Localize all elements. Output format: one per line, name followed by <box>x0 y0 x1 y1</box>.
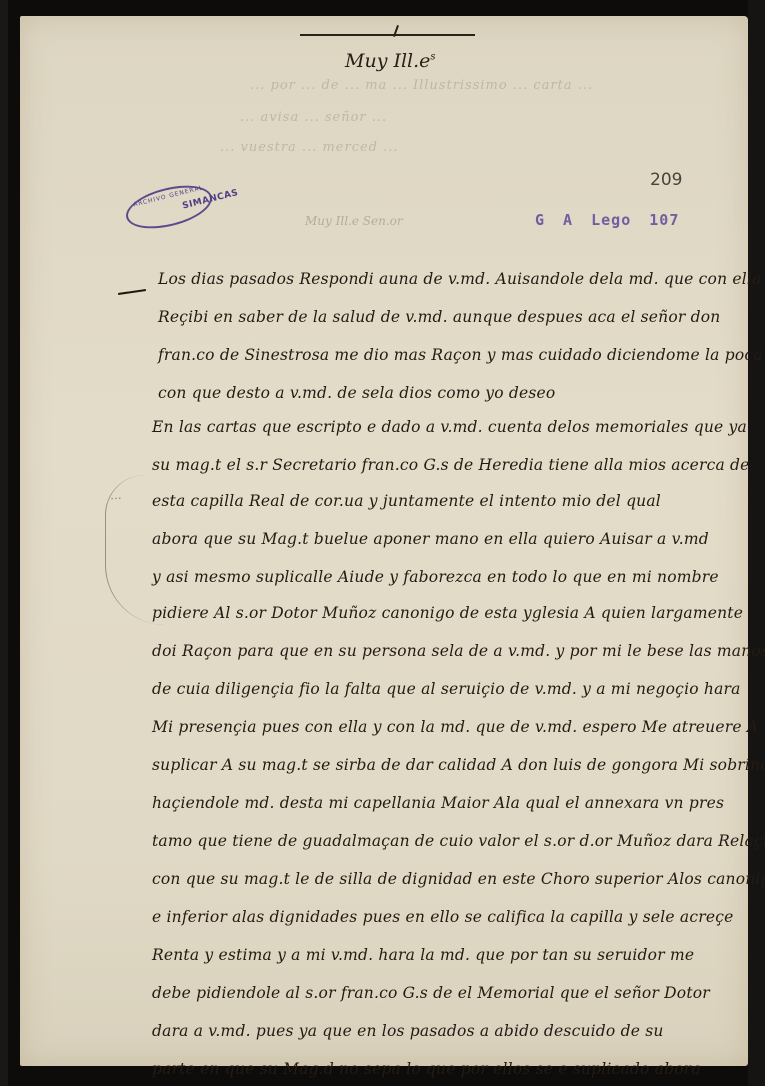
text-line: En las cartas que escripto e dado a v.md… <box>152 418 747 436</box>
faint-signature: Muy Ill.e Sen.or <box>305 214 403 228</box>
text-line: de cuia diligençia fio la falta que al s… <box>152 680 741 698</box>
text-line: esta capilla Real de cor.ua y juntamente… <box>152 492 661 510</box>
text-line: parte en que su Mag.d no sepa lo que por… <box>152 1060 701 1078</box>
text-line: Mi presençia pues con ella y con la md. … <box>152 718 758 736</box>
bleed-through-line: ... vuestra ... merced ... <box>220 140 399 155</box>
text-line: con que su mag.t le de silla de dignidad… <box>152 870 765 888</box>
text-line: Reçibi en saber de la salud de v.md. aun… <box>158 308 720 326</box>
text-line: Renta y estima y a mi v.md. hara la md. … <box>152 946 694 964</box>
text-line: con que desto a v.md. de sela dios como … <box>158 384 555 402</box>
text-line: haçiendole md. desta mi capellania Maior… <box>152 794 724 812</box>
scan-frame-right <box>748 0 765 1086</box>
text-line: doi Raçon para que en su persona sela de… <box>152 642 765 660</box>
text-line: abora que su Mag.t buelue aponer mano en… <box>152 530 709 548</box>
text-line: y asi mesmo suplicalle Aiude y faborezca… <box>152 568 719 586</box>
folio-number: 209 <box>650 170 682 190</box>
scan-frame-left <box>0 0 8 1086</box>
text-line: su mag.t el s.r Secretario fran.co G.s d… <box>152 456 750 474</box>
text-line: Los dias pasados Respondi auna de v.md. … <box>158 270 762 288</box>
archive-reference: G A Lego 107 <box>535 211 679 229</box>
bleed-through-line: ... avisa ... señor ... <box>240 110 387 125</box>
text-line: e inferior alas dignidades pues en ello … <box>152 908 733 926</box>
salutation-superscript: s <box>430 52 435 63</box>
text-line: pidiere Al s.or Dotor Muñoz canonigo de … <box>152 604 743 622</box>
text-line: suplicar A su mag.t se sirba de dar cali… <box>152 756 765 774</box>
text-line: dara a v.md. pues ya que en los pasados … <box>152 1022 664 1040</box>
text-line: debe pidiendole al s.or fran.co G.s de e… <box>152 984 710 1002</box>
bleed-through-line: ... por ... de ... ma ... Illustrissimo … <box>250 78 593 93</box>
text-line: fran.co de Sinestrosa me dio mas Raçon y… <box>158 346 763 364</box>
top-rule <box>300 34 475 36</box>
text-line: tamo que tiene de guadalmaçan de cuio va… <box>152 832 765 850</box>
salutation-text: Muy Ill.e <box>345 50 430 72</box>
margin-note: ... <box>110 488 122 503</box>
salutation-heading: Muy Ill.es <box>345 50 436 72</box>
